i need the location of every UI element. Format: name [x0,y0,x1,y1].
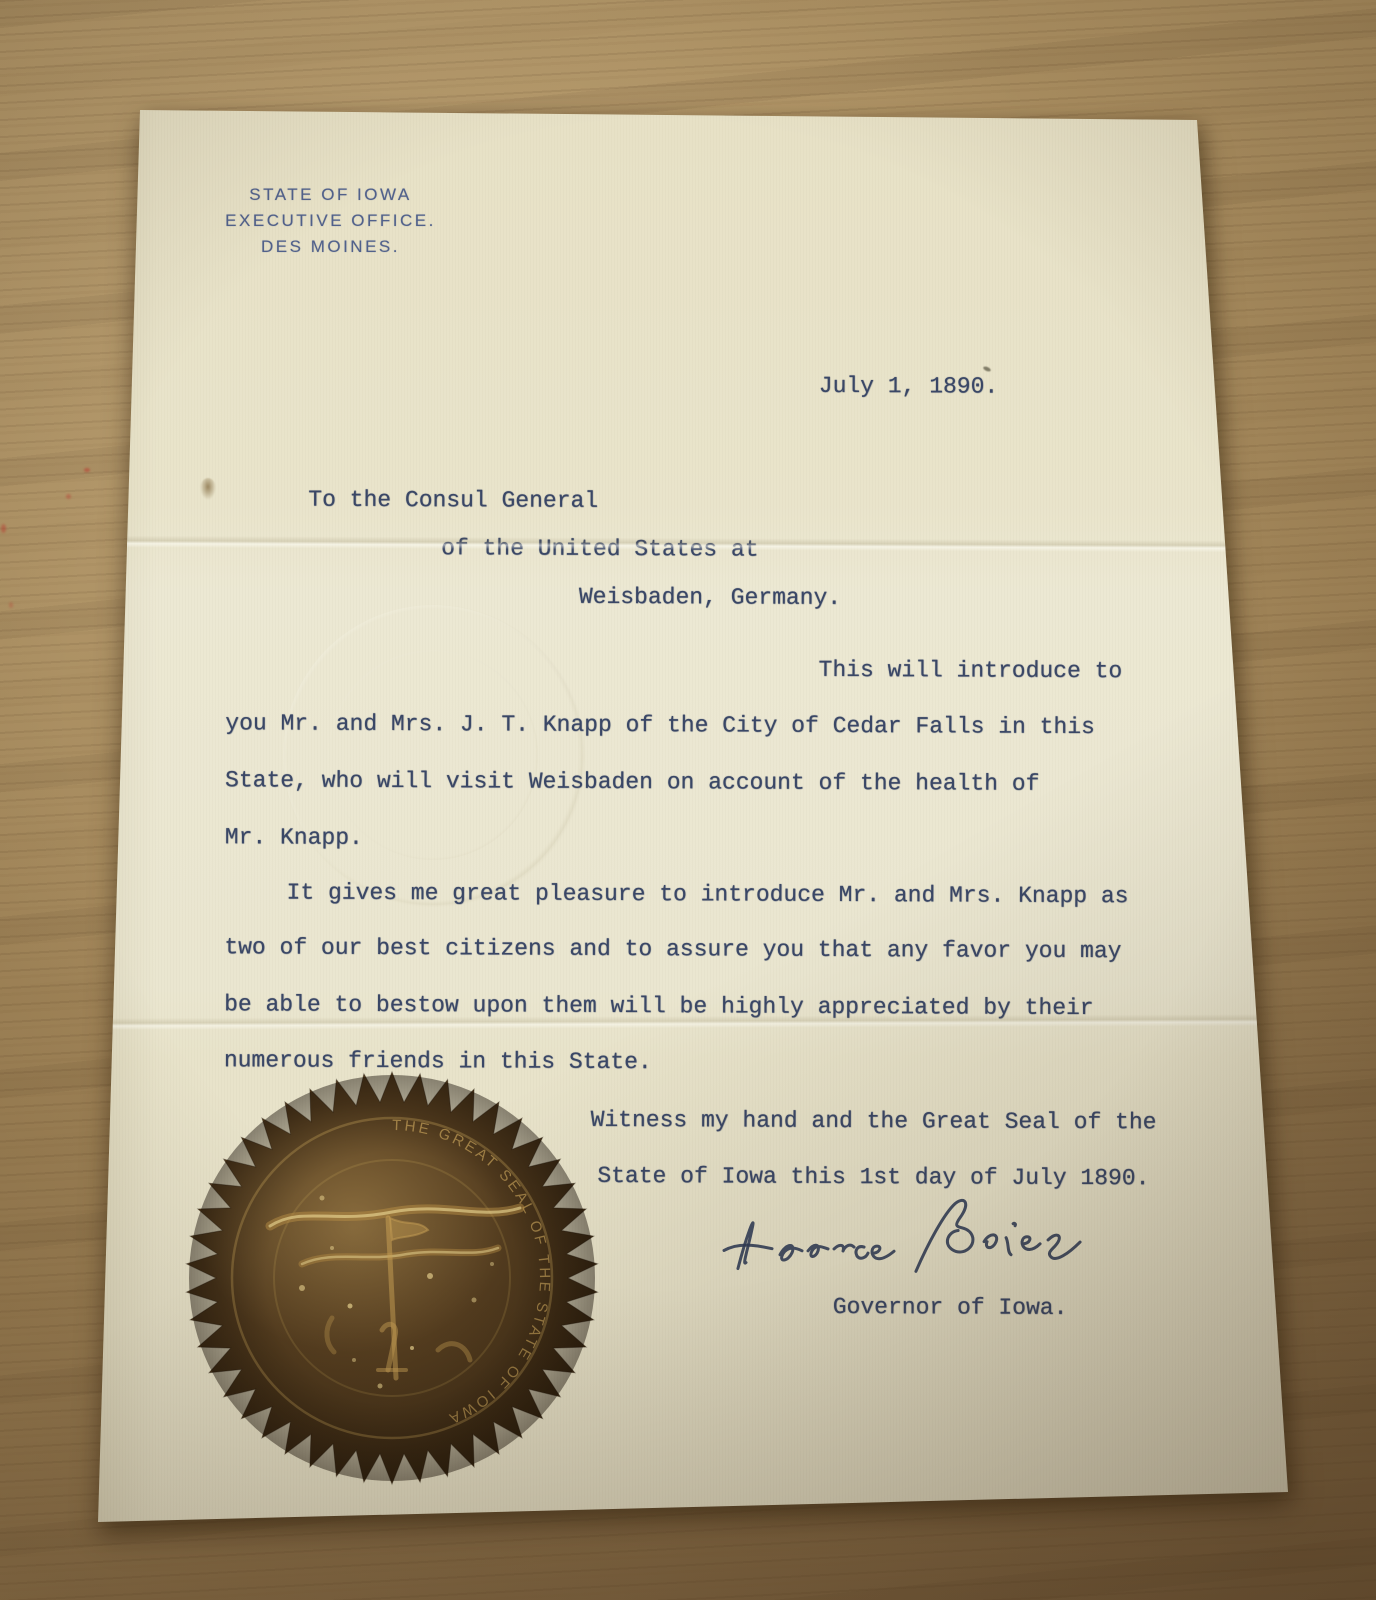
red-mark-on-wood [66,494,71,499]
body-line: It gives me great pleasure to introduce … [287,880,1129,911]
body-line: State, who will visit Weisbaden on accou… [225,767,1039,798]
body-line: Mr. Knapp. [225,824,363,852]
recipient-line: Weisbaden, Germany. [579,584,841,613]
body-line: you Mr. and Mrs. J. T. Knapp of the City… [225,710,1095,741]
red-mark-on-wood [9,602,13,608]
body-line: This will introduce to [818,657,1122,686]
closing-line: Witness my hand and the Great Seal of th… [591,1107,1157,1137]
date-line: July 1, 1890. [819,373,999,401]
closing-line: State of Iowa this 1st day of July 1890. [597,1163,1149,1193]
body-line: two of our best citizens and to assure y… [224,934,1121,966]
red-mark-on-wood [1,524,6,533]
gold-foil-seal: THE GREAT SEAL OF THE STATE OF IOWA [182,1068,602,1488]
photo-scene: STATE OF IOWA EXECUTIVE OFFICE. DES MOIN… [0,0,1376,1600]
recipient-line: To the Consul General [308,487,598,516]
signature: Horace Boies [708,1190,1098,1297]
letter-paper: STATE OF IOWA EXECUTIVE OFFICE. DES MOIN… [98,110,1288,1522]
letter-paper-shadow: STATE OF IOWA EXECUTIVE OFFICE. DES MOIN… [98,110,1288,1522]
signature-ink-svg [708,1190,1098,1297]
signature-title: Governor of Iowa. [833,1294,1068,1323]
red-mark-on-wood [84,468,90,472]
